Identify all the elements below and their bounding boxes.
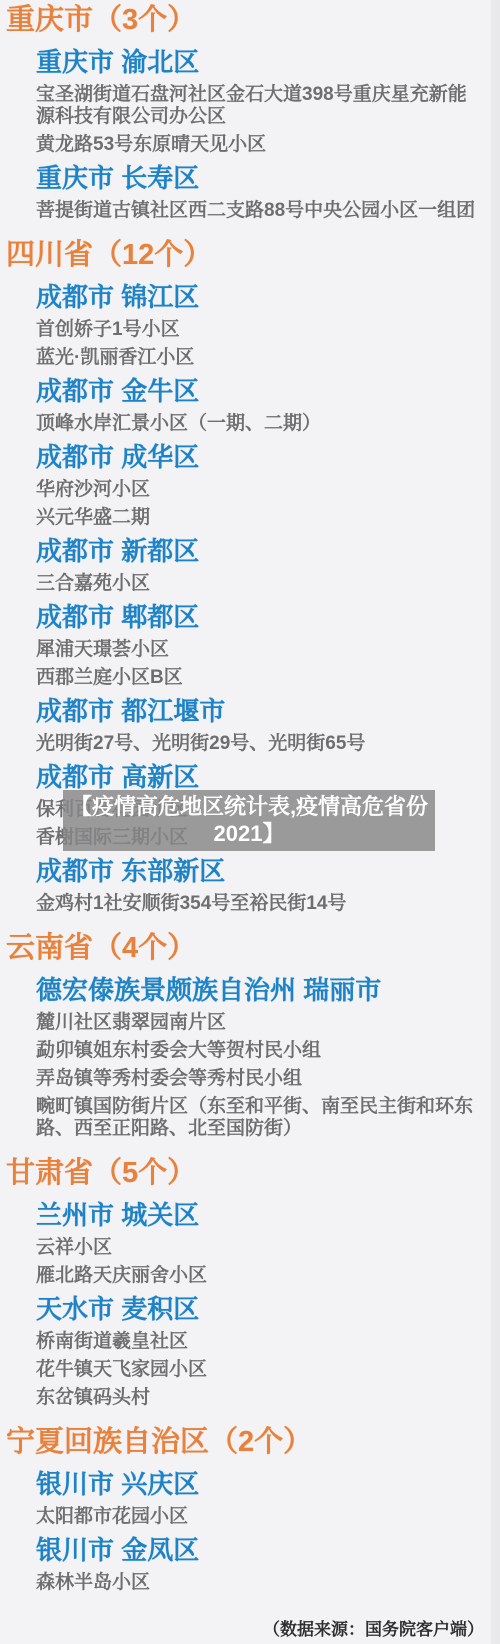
province-count: （2个） bbox=[209, 1426, 312, 1458]
area-item: 金鸡村1社安顺街354号至裕民街14号 bbox=[36, 893, 484, 915]
province-name: 甘肃省 bbox=[6, 1157, 93, 1189]
area-item: 黄龙路53号东原晴天见小区 bbox=[36, 134, 484, 156]
district-header: 成都市 成华区 bbox=[36, 442, 486, 472]
area-item: 西郡兰庭小区B区 bbox=[36, 667, 484, 689]
scrollbar-track[interactable] bbox=[491, 0, 500, 1644]
area-item: 太阳都市花园小区 bbox=[36, 1506, 484, 1528]
area-item: 雁北路天庆丽舍小区 bbox=[36, 1265, 484, 1287]
data-source-note: （数据来源：国务院客户端） bbox=[263, 1620, 484, 1640]
area-item: 蓝光·凯丽香江小区 bbox=[36, 347, 484, 369]
area-item: 光明街27号、光明街29号、光明街65号 bbox=[36, 733, 484, 755]
area-item: 三合嘉苑小区 bbox=[36, 573, 484, 595]
district-header: 银川市 金凤区 bbox=[36, 1535, 486, 1565]
province-count: （4个） bbox=[93, 932, 196, 964]
area-item: 宝圣湖街道石盘河社区金石大道398号重庆星充新能源科技有限公司办公区 bbox=[36, 84, 484, 128]
district-header: 成都市 金牛区 bbox=[36, 376, 486, 406]
province-count: （3个） bbox=[93, 4, 196, 36]
area-item: 弄岛镇等秀村委会等秀村民小组 bbox=[36, 1068, 484, 1090]
district-header: 成都市 高新区 bbox=[36, 762, 486, 792]
area-item: 云祥小区 bbox=[36, 1237, 484, 1259]
district-header: 天水市 麦积区 bbox=[36, 1294, 486, 1324]
district-header: 银川市 兴庆区 bbox=[36, 1469, 486, 1499]
area-item: 首创娇子1号小区 bbox=[36, 319, 484, 341]
district-header: 成都市 锦江区 bbox=[36, 282, 486, 312]
caption-line2: 2021】 bbox=[214, 821, 285, 846]
province-section: 甘肃省（5个）兰州市 城关区云祥小区雁北路天庆丽舍小区天水市 麦积区桥南街道羲皇… bbox=[0, 1156, 500, 1409]
district-header: 成都市 都江堰市 bbox=[36, 696, 486, 726]
caption-line1: 【疫情高危地区统计表,疫情高危省份 bbox=[70, 794, 428, 819]
district-header: 德宏傣族景颇族自治州 瑞丽市 bbox=[36, 975, 486, 1005]
area-item: 桥南街道羲皇社区 bbox=[36, 1331, 484, 1353]
province-header: 重庆市（3个） bbox=[6, 3, 486, 38]
area-item: 东岔镇码头村 bbox=[36, 1387, 484, 1409]
province-name: 四川省 bbox=[6, 239, 93, 271]
province-section: 云南省（4个）德宏傣族景颇族自治州 瑞丽市麓川社区翡翠园南片区勐卯镇姐东村委会大… bbox=[0, 931, 500, 1140]
area-item: 花牛镇天飞家园小区 bbox=[36, 1359, 484, 1381]
province-header: 四川省（12个） bbox=[6, 238, 486, 273]
area-item: 森林半岛小区 bbox=[36, 1572, 484, 1594]
area-item: 畹町镇国防街片区（东至和平街、南至民主街和环东路、西至正阳路、北至国防街） bbox=[36, 1096, 484, 1140]
province-name: 宁夏回族自治区 bbox=[6, 1426, 209, 1458]
province-header: 宁夏回族自治区（2个） bbox=[6, 1425, 486, 1460]
province-section: 宁夏回族自治区（2个）银川市 兴庆区太阳都市花园小区银川市 金凤区森林半岛小区 bbox=[0, 1425, 500, 1594]
district-header: 兰州市 城关区 bbox=[36, 1200, 486, 1230]
province-header: 云南省（4个） bbox=[6, 931, 486, 966]
area-item: 顶峰水岸汇景小区（一期、二期） bbox=[36, 413, 484, 435]
province-count: （5个） bbox=[93, 1157, 196, 1189]
area-item: 华府沙河小区 bbox=[36, 479, 484, 501]
caption-overlay: 【疫情高危地区统计表,疫情高危省份 2021】 bbox=[63, 790, 435, 851]
province-count: （12个） bbox=[93, 239, 212, 271]
district-header: 重庆市 渝北区 bbox=[36, 47, 486, 77]
province-name: 云南省 bbox=[6, 932, 93, 964]
area-item: 菩提街道古镇社区西二支路88号中央公园小区一组团 bbox=[36, 200, 484, 222]
district-header: 成都市 郫都区 bbox=[36, 602, 486, 632]
area-item: 麓川社区翡翠园南片区 bbox=[36, 1012, 484, 1034]
area-item: 勐卯镇姐东村委会大等贺村民小组 bbox=[36, 1040, 484, 1062]
area-item: 犀浦天璟荟小区 bbox=[36, 639, 484, 661]
district-header: 重庆市 长寿区 bbox=[36, 163, 486, 193]
area-item: 兴元华盛二期 bbox=[36, 507, 484, 529]
province-header: 甘肃省（5个） bbox=[6, 1156, 486, 1191]
province-name: 重庆市 bbox=[6, 4, 93, 36]
district-header: 成都市 新都区 bbox=[36, 536, 486, 566]
district-header: 成都市 东部新区 bbox=[36, 856, 486, 886]
province-section: 重庆市（3个）重庆市 渝北区宝圣湖街道石盘河社区金石大道398号重庆星充新能源科… bbox=[0, 3, 500, 222]
